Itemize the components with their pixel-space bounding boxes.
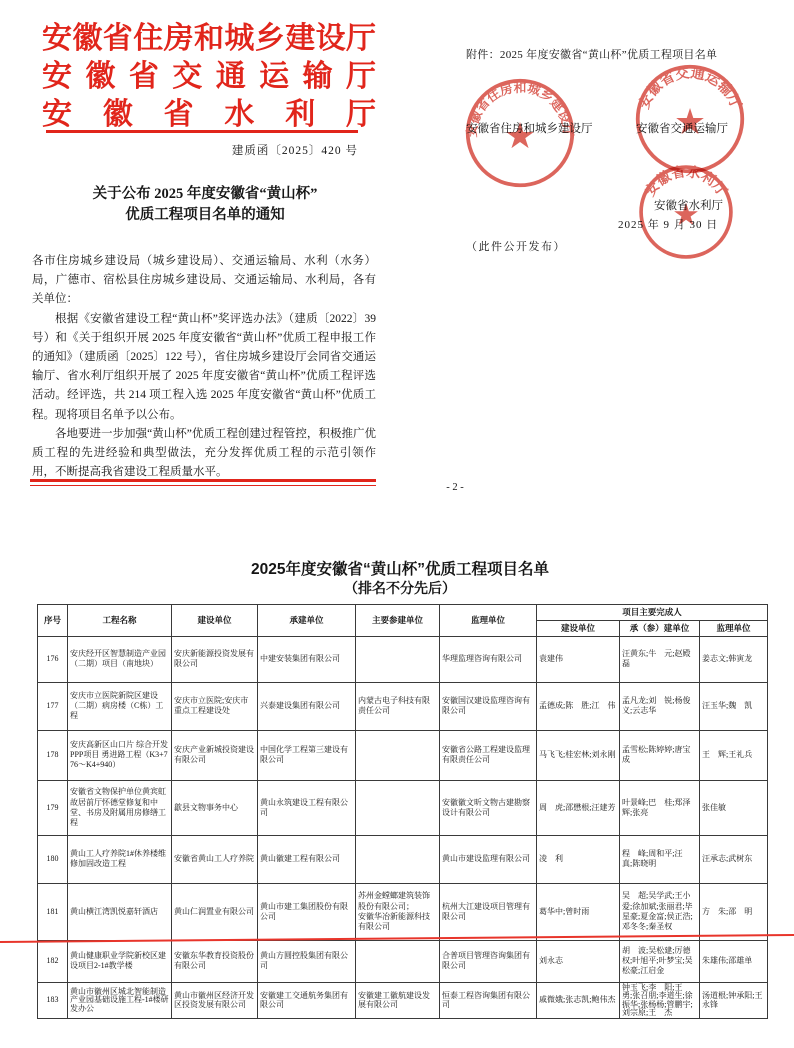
svg-text:安徽省水利厅: 安徽省水利厅 (641, 163, 729, 199)
cell-completer-builder: 戚微娥;张志凯;鲍伟杰 (537, 982, 620, 1019)
header-participant: 主要参建单位 (356, 605, 440, 637)
cell-completer-contractor: 吴 超;吴学武;王小爱;徐加斌;张丽君;毕星豪;夏金富;侯正浩;邓冬冬;秦圣权 (620, 883, 700, 940)
cell-builder: 安徽东华教育投资股份有限公司 (172, 940, 258, 982)
header-builder: 建设单位 (172, 605, 258, 637)
cell-project-name: 安庆经开区智慧制造产业园（二期）项目（南地块） (68, 636, 172, 682)
cell-completer-supervisor: 汪玉华;魏 凯 (700, 682, 768, 730)
table-title: 2025年度安徽省“黄山杯”优质工程项目名单 (35, 557, 765, 579)
official-seal-icon: 安徽省交通运输厅 ★ (633, 62, 747, 176)
cell-contractor: 兴泰建设集团有限公司 (258, 682, 356, 730)
cell-builder: 歙县文物事务中心 (172, 780, 258, 835)
cell-project-name: 黄山健康职业学院新校区建设项目2-1#教学楼 (68, 940, 172, 982)
table-row: 181 黄山横江湾凯悦嘉轩酒店 黄山仁润置业有限公司 黄山市建工集团股份有限公司… (38, 883, 768, 940)
cell-contractor: 黄山方圆控股集团有限公司 (258, 940, 356, 982)
cell-completer-supervisor: 方 朱;邵 明 (700, 883, 768, 940)
header-no: 序号 (38, 605, 68, 637)
cell-supervisor: 杭州大江建设项目管理有限公司 (440, 883, 537, 940)
table-subtitle: （排名不分先后） (35, 578, 765, 598)
cell-no: 181 (38, 883, 68, 940)
header-completer-supervisor: 监理单位 (700, 620, 768, 636)
seal-curved-text: 安徽省交通运输厅 (634, 63, 744, 111)
header-supervisor: 监理单位 (440, 605, 537, 637)
cell-builder: 安庆市立医院;安庆市重点工程建设处 (172, 682, 258, 730)
cell-completer-contractor: 孟雪松;陈婷婷;唐宝成 (620, 730, 700, 780)
cell-completer-builder: 刘永志 (537, 940, 620, 982)
document-page: 安徽省住房和城乡建设厅 安徽省交通运输厅 安徽省水利厅 建质函〔2025〕420… (0, 0, 794, 1048)
cell-project-name: 黄山工人疗养院1#休养楼维修加固改造工程 (68, 835, 172, 883)
cell-participant (356, 780, 440, 835)
cell-completer-contractor: 叶景峰;巴 桂;郑泽辉;张亮 (620, 780, 700, 835)
cell-supervisor: 恒泰工程咨询集团有限公司 (440, 982, 537, 1019)
cell-no: 178 (38, 730, 68, 780)
cell-completer-contractor: 胡 波;吴松建;厉德权;叶旭平;叶梦宝;吴松豪;江启金 (620, 940, 700, 982)
cell-completer-contractor: 程 峰;周和平;汪 真;陈晓明 (620, 835, 700, 883)
cell-contractor: 黄山永筑建设工程有限公司 (258, 780, 356, 835)
cell-participant (356, 730, 440, 780)
header-completer-builder: 建设单位 (537, 620, 620, 636)
cell-project-name: 安庆市立医院新院区建设（二期）病房楼（C栋）工程 (68, 682, 172, 730)
table-row: 177 安庆市立医院新院区建设（二期）病房楼（C栋）工程 安庆市立医院;安庆市重… (38, 682, 768, 730)
cell-participant: 安徽建工徽航建设发展有限公司 (356, 982, 440, 1019)
page-number: - 2 - (430, 482, 480, 493)
cell-completer-builder: 马飞飞;桂宏林;刘永刚 (537, 730, 620, 780)
cell-participant (356, 636, 440, 682)
header-completer-contractor: 承（参）建单位 (620, 620, 700, 636)
cell-completer-supervisor: 汤道根;钟承阳;王永锋 (700, 982, 768, 1019)
cell-contractor: 黄山市建工集团股份有限公司 (258, 883, 356, 940)
seal-curved-text: 安徽省水利厅 (641, 163, 729, 199)
cell-completer-builder: 周 虎;邵懋根;汪建芳 (537, 780, 620, 835)
letterhead-line-1: 安徽省住房和城乡建设厅 (42, 20, 376, 58)
table-row: 178 安庆高新区山口片 综合开发PPP项目 勇进路工程（K3+776～K4+9… (38, 730, 768, 780)
cell-project-name: 黄山横江湾凯悦嘉轩酒店 (68, 883, 172, 940)
table-row: 183 黄山市徽州区城北智能制造产业园基础设施工程-1#楼研发办公 黄山市徽州区… (38, 982, 768, 1019)
document-title: 关于公布 2025 年度安徽省“黄山杯” 优质工程项目名单的通知 (38, 184, 372, 226)
cell-project-name: 安庆高新区山口片 综合开发PPP项目 勇进路工程（K3+776～K4+940） (68, 730, 172, 780)
body-paragraph: 各地要进一步加强“黄山杯”优质工程创建过程管控，积极推广优质工程的先进经验和典型… (32, 425, 376, 483)
cell-no: 179 (38, 780, 68, 835)
cell-no: 176 (38, 636, 68, 682)
cell-contractor: 黄山徽建工程有限公司 (258, 835, 356, 883)
cell-completer-supervisor: 姜志文;韩寅龙 (700, 636, 768, 682)
table-row: 176 安庆经开区智慧制造产业园（二期）项目（南地块） 安庆新能源投资发展有限公… (38, 636, 768, 682)
signer-transport-department: 安徽省交通运输厅 (636, 120, 728, 136)
letterhead-line-3: 安徽省水利厅 (42, 96, 376, 134)
cell-participant: 苏州金螳螂建筑装饰股份有限公司； 安徽华冶新能源科技有限公司 (356, 883, 440, 940)
cell-participant (356, 835, 440, 883)
cell-completer-contractor: 汪黄东;牛 元;赵殿磊 (620, 636, 700, 682)
project-table-body: 176 安庆经开区智慧制造产业园（二期）项目（南地块） 安庆新能源投资发展有限公… (38, 636, 768, 1019)
header-completers-group: 项目主要完成人 (537, 605, 768, 621)
table-row: 180 黄山工人疗养院1#休养楼维修加固改造工程 安徽省黄山工人疗养院 黄山徽建… (38, 835, 768, 883)
cell-completer-contractor: 孟凡龙;刘 锐;杨俊义;云志华 (620, 682, 700, 730)
signature-date: 2025 年 9 月 30 日 (618, 216, 718, 232)
header-project-name: 工程名称 (68, 605, 172, 637)
document-title-line-1: 关于公布 2025 年度安徽省“黄山杯” (38, 184, 372, 205)
cell-no: 177 (38, 682, 68, 730)
document-number: 建质函〔2025〕420 号 (30, 142, 358, 158)
header-contractor: 承建单位 (258, 605, 356, 637)
project-list-table: 序号 工程名称 建设单位 承建单位 主要参建单位 监理单位 项目主要完成人 建设… (37, 604, 768, 1019)
cell-completer-builder: 袁建伟 (537, 636, 620, 682)
cell-project-name: 安徽省文物保护单位黄宾虹故居前厅怀德堂修复和中堂、书房及附属用房修缮工程 (68, 780, 172, 835)
cell-supervisor: 安徽省公路工程建设监理有限责任公司 (440, 730, 537, 780)
public-release-note: （此件公开发布） (466, 238, 566, 254)
cell-builder: 安庆新能源投资发展有限公司 (172, 636, 258, 682)
cell-no: 183 (38, 982, 68, 1019)
letterhead-divider (46, 130, 358, 133)
cell-completer-supervisor: 朱雄伟;邵雄单 (700, 940, 768, 982)
cell-no: 180 (38, 835, 68, 883)
signer-water-department: 安徽省水利厅 (654, 197, 723, 213)
cell-no: 182 (38, 940, 68, 982)
cell-builder: 黄山仁润置业有限公司 (172, 883, 258, 940)
table-row: 179 安徽省文物保护单位黄宾虹故居前厅怀德堂修复和中堂、书房及附属用房修缮工程… (38, 780, 768, 835)
table-header: 序号 工程名称 建设单位 承建单位 主要参建单位 监理单位 项目主要完成人 建设… (38, 605, 768, 637)
document-title-line-2: 优质工程项目名单的通知 (38, 205, 372, 226)
cell-builder: 黄山市徽州区经济开发区投资发展有限公司 (172, 982, 258, 1019)
cell-supervisor: 安徽徽文昕文物古建勘察设计有限公司 (440, 780, 537, 835)
cell-completer-builder: 凌 利 (537, 835, 620, 883)
body-paragraph: 根据《安徽省建设工程“黄山杯”奖评选办法》（建质〔2022〕39 号）和《关于组… (32, 310, 376, 425)
cell-supervisor: 黄山市建设监理有限公司 (440, 835, 537, 883)
cell-completer-builder: 葛华中;曾时雨 (537, 883, 620, 940)
cell-completer-supervisor: 张佳敏 (700, 780, 768, 835)
body-paragraph: 各市住房城乡建设局（城乡建设局）、交通运输局、水利（水务）局，广德市、宿松县住房… (32, 252, 376, 310)
cell-builder: 安庆产业新城投资建设有限公司 (172, 730, 258, 780)
cell-contractor: 安徽建工交通航务集团有限公司 (258, 982, 356, 1019)
attachment-reference: 附件：2025 年度安徽省“黄山杯”优质工程项目名单 (466, 46, 788, 62)
letterhead: 安徽省住房和城乡建设厅 安徽省交通运输厅 安徽省水利厅 (42, 20, 376, 134)
footer-double-rule (30, 479, 376, 486)
cell-completer-supervisor: 汪承志;武树东 (700, 835, 768, 883)
cell-participant: 内蒙古电子科技有限责任公司 (356, 682, 440, 730)
cell-completer-builder: 孟德成;陈 胜;江 伟 (537, 682, 620, 730)
cell-supervisor: 安徽国汉建设监理咨询有限公司 (440, 682, 537, 730)
cell-completer-contractor: 钟玉飞;李 阳;王 勇;张召朋;李道生;徐振华;张杨杨;管鹏宇;刘宗原;王 杰 (620, 982, 700, 1019)
cell-contractor: 中国化学工程第三建设有限公司 (258, 730, 356, 780)
cell-supervisor: 合普项目管理咨询集团有限公司 (440, 940, 537, 982)
table-row: 182 黄山健康职业学院新校区建设项目2-1#教学楼 安徽东华教育投资股份有限公… (38, 940, 768, 982)
svg-text:安徽省交通运输厅: 安徽省交通运输厅 (634, 63, 744, 111)
cell-completer-supervisor: 王 辉;王礼兵 (700, 730, 768, 780)
signer-housing-department: 安徽省住房和城乡建设厅 (466, 120, 593, 136)
letterhead-line-2: 安徽省交通运输厅 (42, 58, 376, 96)
cell-participant (356, 940, 440, 982)
cell-contractor: 中建安装集团有限公司 (258, 636, 356, 682)
cell-builder: 安徽省黄山工人疗养院 (172, 835, 258, 883)
document-body: 各市住房城乡建设局（城乡建设局）、交通运输局、水利（水务）局，广德市、宿松县住房… (32, 252, 376, 482)
cell-project-name: 黄山市徽州区城北智能制造产业园基础设施工程-1#楼研发办公 (68, 982, 172, 1019)
cell-supervisor: 华理监理咨询有限公司 (440, 636, 537, 682)
